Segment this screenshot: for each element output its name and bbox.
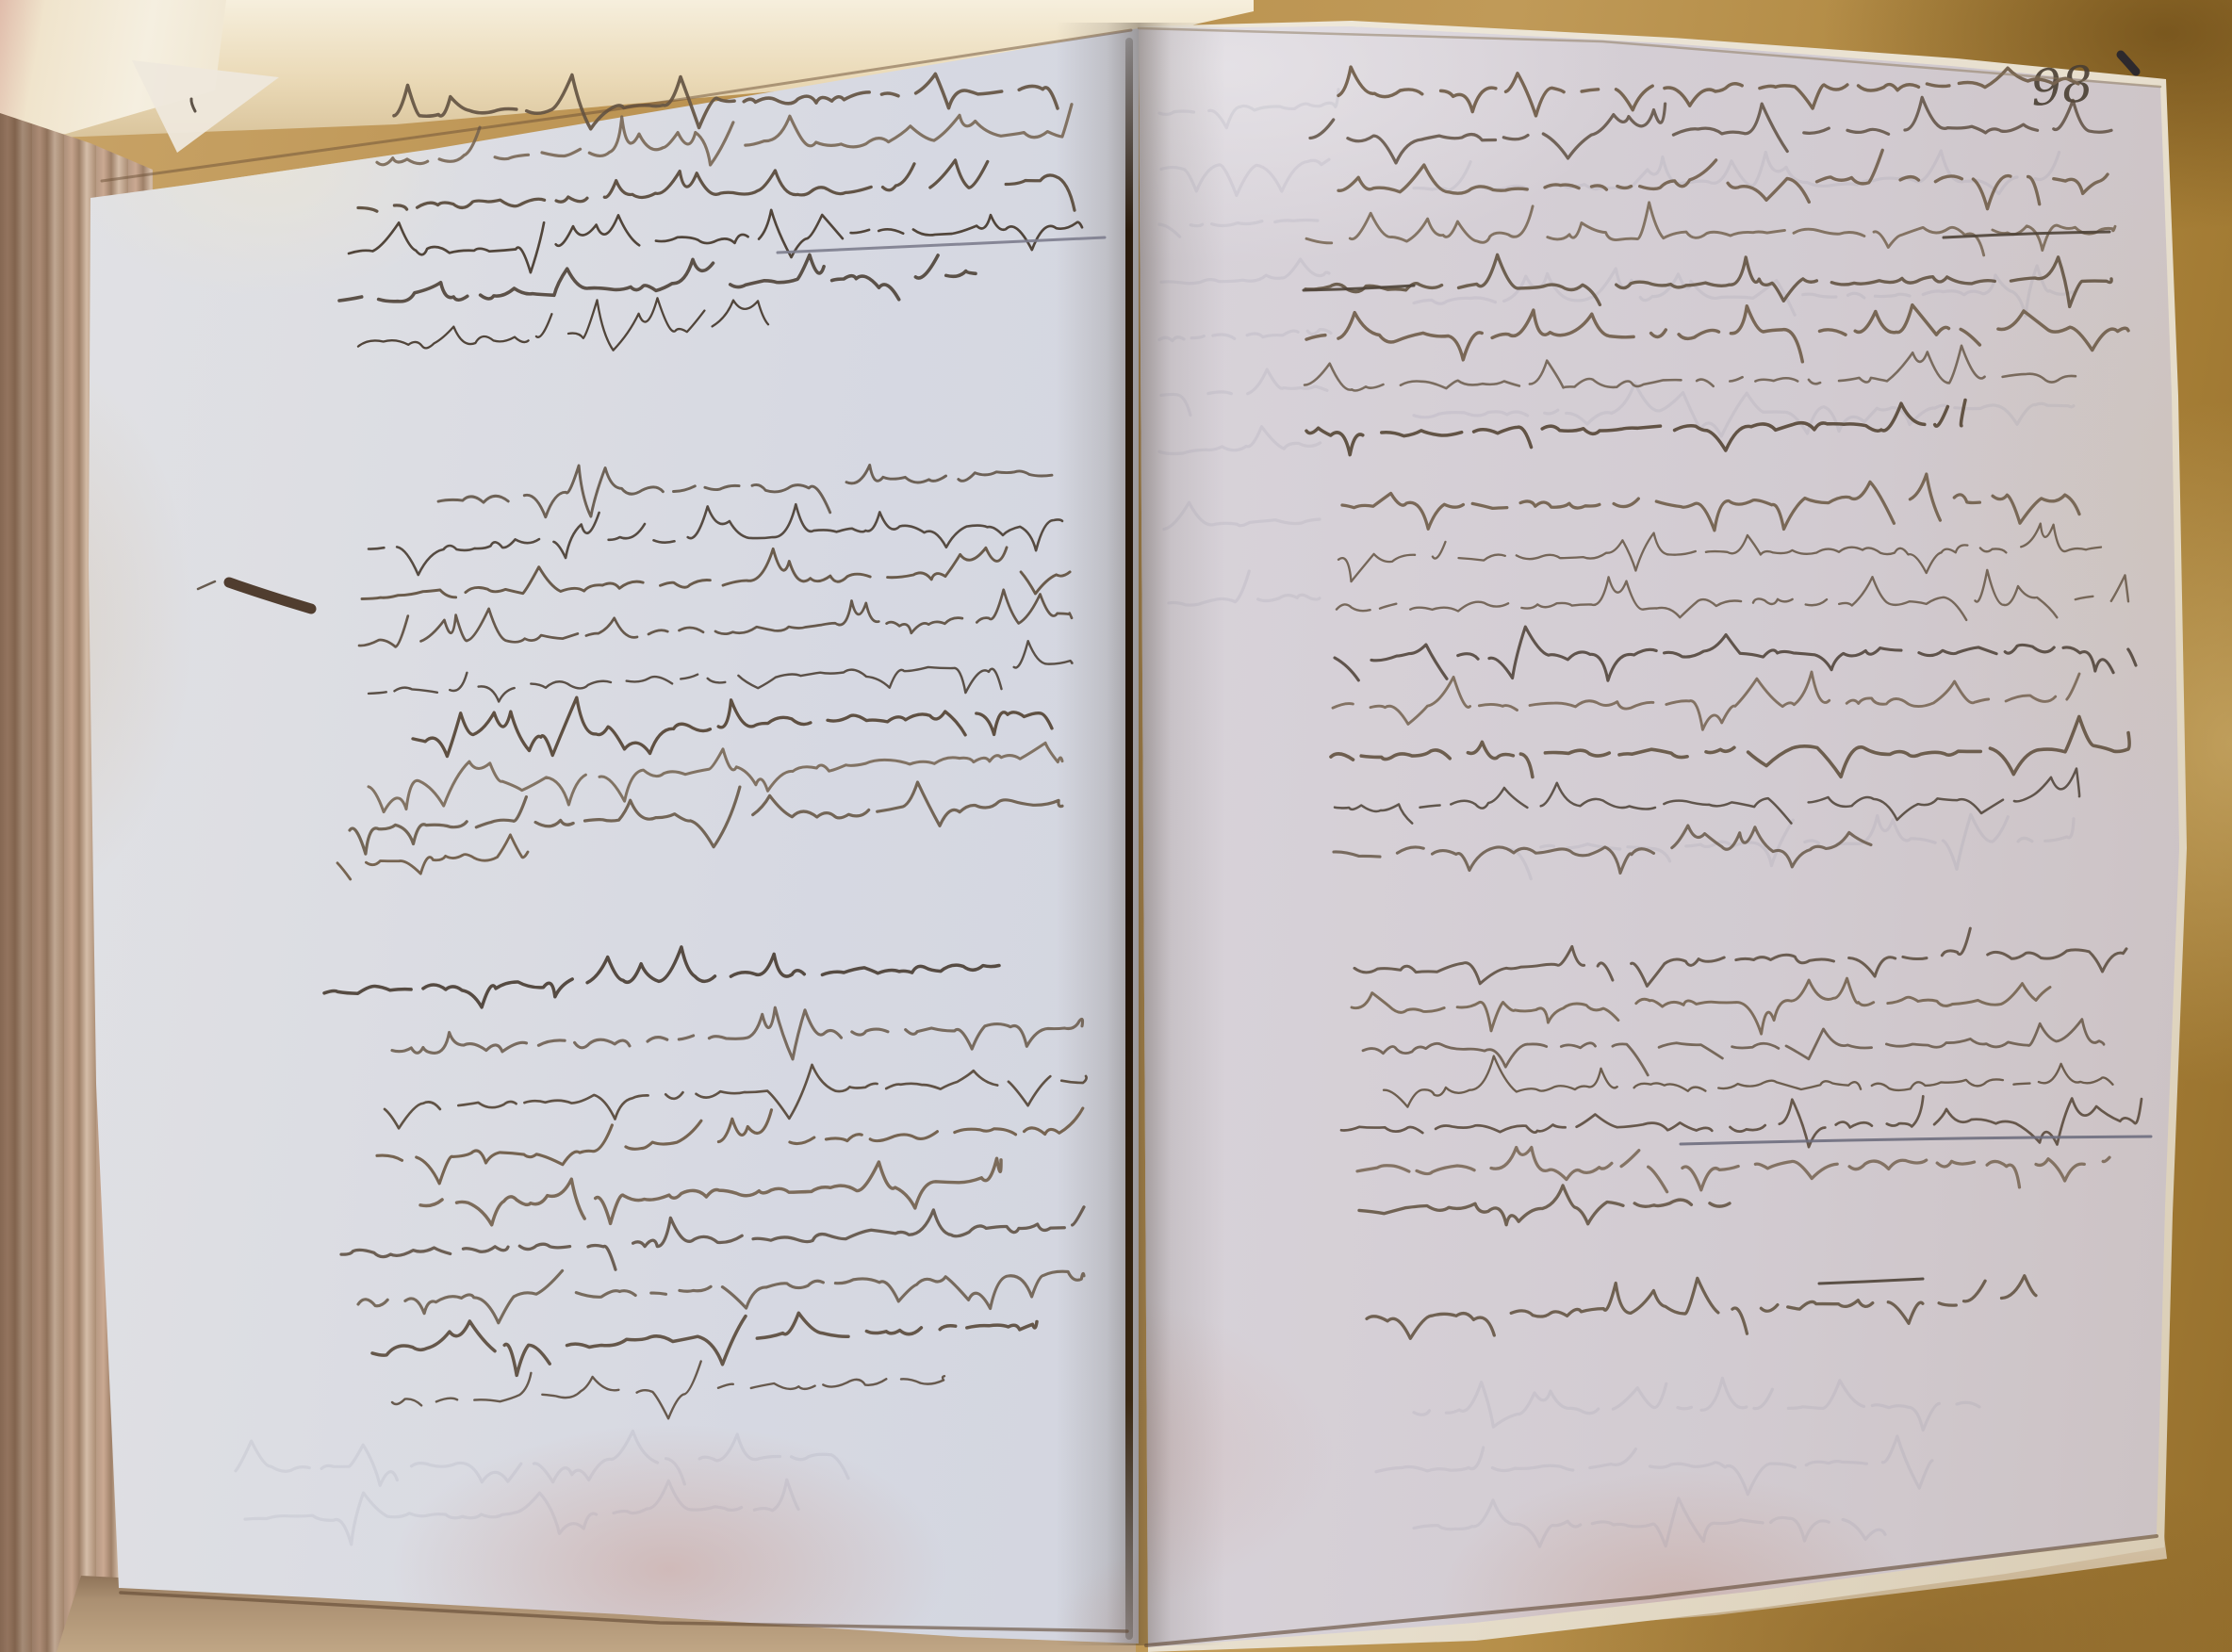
handwriting-line (372, 1313, 1037, 1375)
dash (1819, 1279, 1923, 1284)
bleed-through-line (1159, 90, 1338, 128)
handwriting-line (1384, 1056, 2113, 1107)
handwriting-line (1338, 67, 2078, 116)
ink-blob (229, 582, 311, 609)
handwriting-block-entry-1 (339, 74, 1082, 350)
bleed-through-line (1159, 220, 1318, 237)
bleed-through-line (245, 1480, 798, 1545)
bleed-through-line (1414, 1498, 1885, 1546)
bleed-through-line (1376, 1436, 1932, 1495)
handwriting-line (1305, 346, 2076, 391)
underline (778, 237, 1105, 253)
handwriting-line (350, 782, 1062, 854)
bleed-through-line (1164, 502, 1320, 529)
handwriting-line (385, 1065, 1087, 1128)
handwriting-line (1331, 717, 2129, 777)
handwriting-block-entry-6 (1341, 928, 2142, 1225)
bleed-through-line (1161, 369, 1327, 416)
handwriting-line (1306, 305, 2128, 362)
handwriting-line (438, 466, 1052, 517)
corner-mark (2121, 55, 2136, 72)
handwriting-line (1337, 570, 2128, 620)
right-page-bottom-edge (1146, 1536, 2157, 1645)
left-page-bottom-edge (121, 1593, 1127, 1631)
handwriting-line (1306, 203, 2115, 255)
handwriting-line (1306, 401, 1965, 455)
handwriting-line (1359, 1186, 1730, 1225)
handwriting-line (394, 74, 1058, 128)
bleed-through-line (1161, 159, 1329, 195)
handwriting-block-entry-2 (337, 466, 1073, 880)
handwriting-line (1357, 1148, 2109, 1192)
underline (1681, 1137, 2151, 1144)
handwriting-line (1341, 1096, 2142, 1147)
handwriting-line (1354, 928, 2126, 986)
handwriting-line (1367, 1276, 2036, 1339)
bleed-through-line (1414, 266, 2075, 316)
handwriting-line (369, 743, 1062, 811)
handwriting-line (358, 1270, 1084, 1322)
handwriting-line (369, 641, 1073, 701)
handwriting-line (341, 1207, 1084, 1269)
bleed-through-line (1161, 259, 1329, 284)
right-page-ink (1159, 55, 2151, 1546)
handwriting-line (1333, 672, 2079, 729)
handwriting-line (1335, 769, 2079, 824)
handwriting-line (324, 947, 999, 1007)
handwriting-line (369, 504, 1062, 575)
handwriting-line (377, 1108, 1083, 1184)
handwriting-line (339, 254, 976, 301)
handwriting-block-entry-3 (324, 947, 1087, 1418)
handwriting-ink-layer: 98 (0, 0, 2232, 1652)
handwriting-line (1342, 474, 2079, 531)
handwriting-line (337, 835, 528, 879)
left-page-ink (191, 74, 1105, 1545)
right-page-top-edge (1139, 28, 2160, 87)
handwriting-line (359, 590, 1072, 647)
handwriting-line (392, 1362, 944, 1419)
handwriting-line (1363, 1020, 2104, 1075)
bleed-through-line (1169, 571, 1320, 605)
handwriting-line (349, 210, 1082, 272)
handwriting-line (392, 1007, 1083, 1059)
bleed-through-line (1414, 1378, 1979, 1430)
handwriting-line (420, 1158, 1001, 1225)
margin-note (198, 581, 215, 589)
handwriting-line (358, 160, 1075, 211)
bleed-through-line (1159, 427, 1321, 454)
folio-number: 98 (2028, 56, 2095, 118)
handwriting-block-entry-4 (1305, 67, 2128, 455)
handwriting-line (1310, 97, 2111, 163)
manuscript-photo: 98 (0, 0, 2232, 1652)
handwriting-block-entry-5 (1331, 474, 2136, 873)
handwriting-line (413, 697, 1052, 756)
handwriting-line (358, 298, 768, 350)
handwriting-line (1334, 826, 1871, 874)
tick (191, 99, 195, 111)
bleed-through-line (236, 1431, 848, 1486)
handwriting-line (1352, 978, 2050, 1034)
handwriting-line (1335, 627, 2136, 680)
handwriting-block-entry-7 (1367, 1276, 2036, 1339)
handwriting-line (362, 548, 1070, 599)
